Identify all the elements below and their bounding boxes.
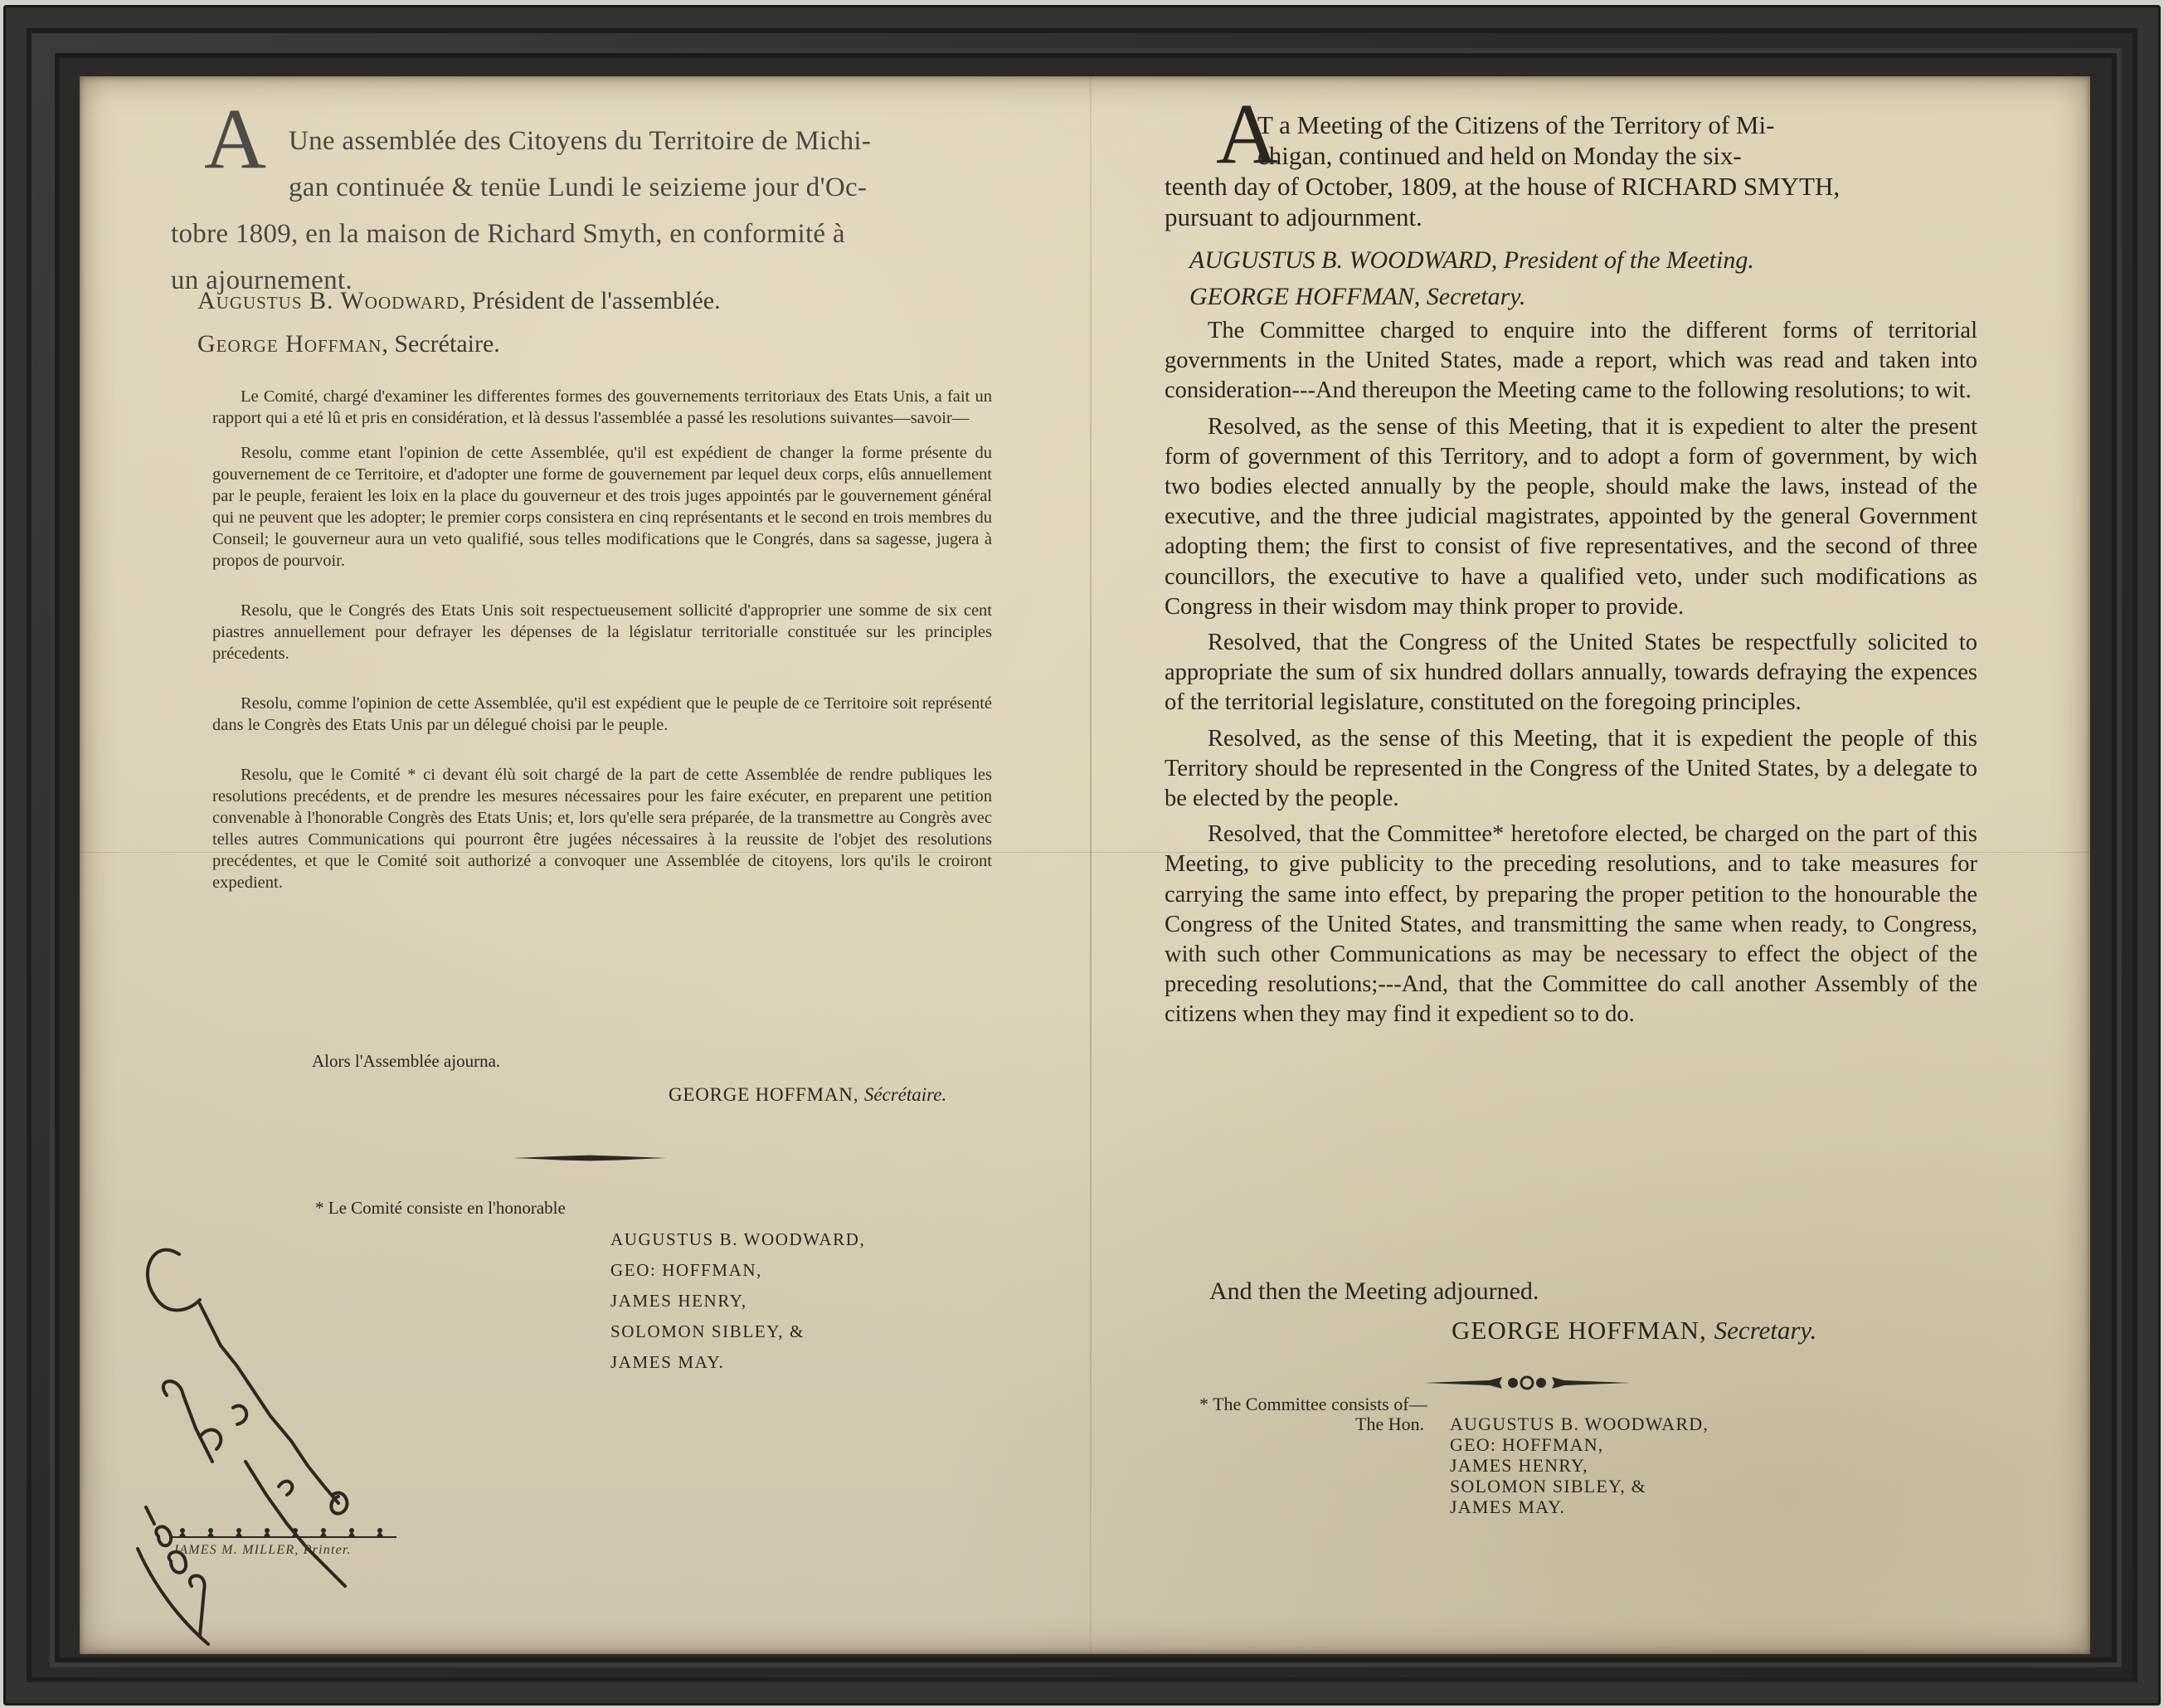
printer-imprint: JAMES M. MILLER, Printer. [173, 1543, 352, 1558]
french-intro-line: tobre 1809, en la maison de Richard Smyt… [171, 211, 984, 257]
english-resolution: Resolved, that the Committee* heretofore… [1165, 820, 1977, 1029]
broadside-paper: A Une assemblée des Citoyens du Territoi… [80, 76, 2090, 1654]
english-resolution: Resolved, as the sense of this Meeting, … [1165, 412, 1977, 622]
handwritten-annotation [121, 1221, 519, 1652]
french-officers: Augustus B. Woodward, Président de l'ass… [197, 280, 721, 366]
printer-ornament [171, 1526, 396, 1540]
french-resolutions: Le Comité, chargé d'examiner les differe… [212, 386, 992, 907]
french-resolution: Resolu, que le Comité * ci devant élù so… [212, 764, 992, 893]
committee-member: AUGUSTUS B. WOODWARD, [1450, 1414, 1709, 1434]
committee-member: JAMES HENRY, [1450, 1455, 1709, 1476]
committee-member: GEO: HOFFMAN, [610, 1255, 865, 1286]
french-secretary-line: George Hoffman, Secrétaire. [197, 323, 721, 366]
french-resolution: Resolu, que le Congrés des Etats Unis so… [212, 600, 992, 664]
english-resolution: Resolved, as the sense of this Meeting, … [1165, 724, 1977, 815]
president-title: , Président de l'assemblée. [460, 287, 721, 314]
english-secretary-line: GEORGE HOFFMAN, Secretary. [1189, 279, 1754, 315]
vertical-fold-line [1090, 76, 1092, 1654]
french-intro: Une assemblée des Citoyens du Territoire… [171, 118, 984, 304]
signature-name: GEORGE HOFFMAN, [669, 1084, 858, 1105]
english-footnote: * The Committee consists of— [1199, 1394, 1427, 1415]
ornamental-rule [1423, 1375, 1631, 1390]
french-committee-list: AUGUSTUS B. WOODWARD, GEO: HOFFMAN, JAME… [610, 1224, 865, 1378]
french-intro-line: Une assemblée des Citoyens du Territoire… [171, 118, 984, 164]
english-intro: T a Meeting of the Citizens of the Terri… [1150, 109, 1979, 232]
committee-member: AUGUSTUS B. WOODWARD, [610, 1224, 865, 1255]
signature-title: Secretary. [1714, 1316, 1817, 1345]
english-intro-line: teenth day of October, 1809, at the hous… [1150, 171, 1979, 202]
english-intro-line: chigan, continued and held on Monday the… [1150, 140, 1979, 171]
signature-title: Sécrétaire. [864, 1084, 946, 1105]
ornamental-rule [513, 1155, 667, 1161]
committee-member: JAMES MAY. [610, 1347, 865, 1378]
president-name: Augustus B. Woodward [197, 287, 460, 314]
committee-member: GEO: HOFFMAN, [1450, 1434, 1709, 1455]
committee-member: JAMES HENRY, [610, 1286, 865, 1316]
committee-member: SOLOMON SIBLEY, & [610, 1316, 865, 1347]
english-committee-list: The Hon. AUGUSTUS B. WOODWARD, GEO: HOFF… [1450, 1414, 1709, 1517]
signature-name: GEORGE HOFFMAN, [1452, 1316, 1707, 1345]
english-resolutions: The Committee charged to enquire into th… [1165, 316, 1977, 1036]
french-resolution: Resolu, comme l'opinion de cette Assembl… [212, 693, 992, 736]
secretary-title: , Secrétaire. [382, 330, 499, 358]
secretary-name: George Hoffman [197, 330, 382, 358]
english-officers: AUGUSTUS B. WOODWARD, President of the M… [1189, 242, 1754, 315]
english-intro-line: T a Meeting of the Citizens of the Terri… [1150, 109, 1979, 140]
english-paragraph: The Committee charged to enquire into th… [1165, 316, 1977, 406]
french-intro-line: gan continuée & tenüe Lundi le seizieme … [171, 164, 984, 211]
honorific: The Hon. [1355, 1414, 1424, 1435]
english-president-line: AUGUSTUS B. WOODWARD, President of the M… [1189, 242, 1754, 279]
french-resolution: Resolu, comme etant l'opinion de cette A… [212, 442, 992, 572]
french-paragraph: Le Comité, chargé d'examiner les differe… [212, 386, 992, 429]
french-signature: GEORGE HOFFMAN, Sécrétaire. [669, 1084, 946, 1106]
french-footnote: * Le Comité consiste en l'honorable [315, 1198, 566, 1219]
french-president-line: Augustus B. Woodward, Président de l'ass… [197, 280, 721, 323]
committee-member: SOLOMON SIBLEY, & [1450, 1476, 1709, 1496]
english-adjourn: And then the Meeting adjourned. [1209, 1277, 1539, 1306]
english-resolution: Resolved, that the Congress of the Unite… [1165, 628, 1977, 718]
english-intro-line: pursuant to adjournment. [1150, 202, 1979, 232]
english-signature: GEORGE HOFFMAN, Secretary. [1452, 1316, 1816, 1345]
french-adjourn: Alors l'Assemblée ajourna. [312, 1051, 500, 1072]
committee-member: JAMES MAY. [1450, 1496, 1709, 1517]
